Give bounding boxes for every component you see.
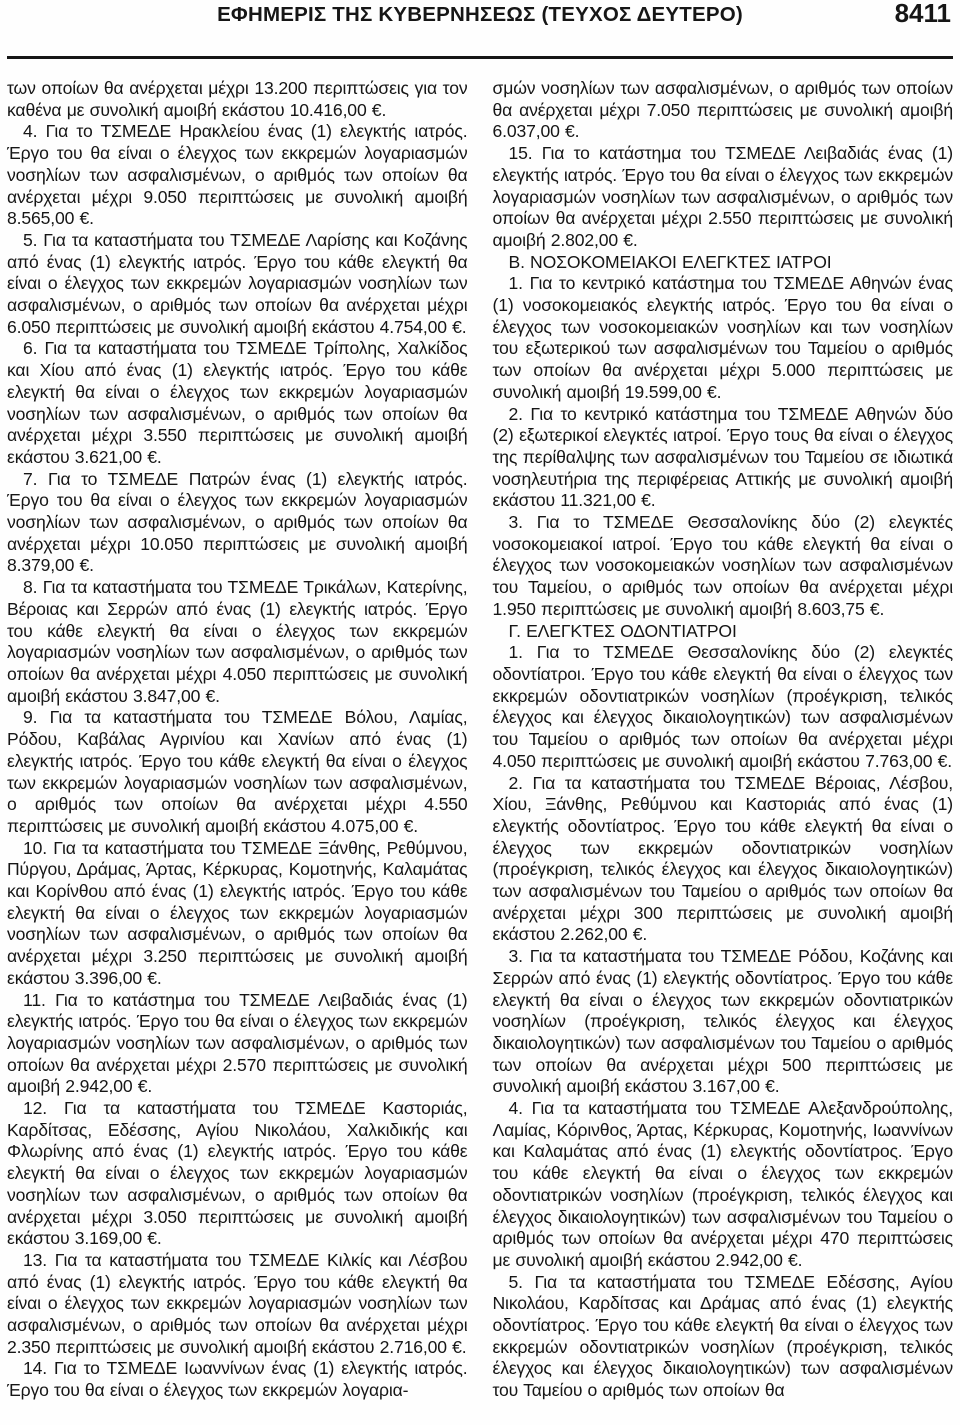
section-heading: Β. ΝΟΣΟΚΟΜΕΙΑΚΟΙ ΕΛΕΓΚΤΕΣ ΙΑΤΡΟΙ <box>493 252 954 274</box>
paragraph: 2. Για το κεντρικό κατάστημα του ΤΣΜΕΔΕ … <box>493 404 954 513</box>
paragraph: 6. Για τα καταστήματα του ΤΣΜΕΔΕ Τρίπολη… <box>7 338 468 468</box>
paragraph: 4. Για τα καταστήματα του ΤΣΜΕΔΕ Αλεξανδ… <box>493 1098 954 1272</box>
paragraph: 1. Για το ΤΣΜΕΔΕ Θεσσαλονίκης δύο (2) ελ… <box>493 642 954 772</box>
paragraph: 10. Για τα καταστήματα του ΤΣΜΕΔΕ Ξάνθης… <box>7 838 468 990</box>
paragraph: 7. Για το ΤΣΜΕΔΕ Πατρών ένας (1) ελεγκτή… <box>7 469 468 578</box>
page-header: ΕΦΗΜΕΡΙΣ ΤΗΣ ΚΥΒΕΡΝΗΣΕΩΣ (ΤΕΥΧΟΣ ΔΕΥΤΕΡΟ… <box>7 0 953 29</box>
paragraph: 12. Για τα καταστήματα του ΤΣΜΕΔΕ Καστορ… <box>7 1098 468 1250</box>
paragraph: 4. Για το ΤΣΜΕΔΕ Ηρακλείου ένας (1) ελεγ… <box>7 121 468 230</box>
document-body: των οποίων θα ανέρχεται μέχρι 13.200 περ… <box>7 32 953 1402</box>
paragraph: 1. Για το κεντρικό κατάστημα του ΤΣΜΕΔΕ … <box>493 273 954 403</box>
paragraph: 14. Για το ΤΣΜΕΔΕ Ιωαννίνων ένας (1) ελε… <box>7 1358 468 1401</box>
paragraph: 2. Για τα καταστήματα του ΤΣΜΕΔΕ Βέροιας… <box>493 773 954 947</box>
paragraph: 9. Για τα καταστήματα του ΤΣΜΕΔΕ Βόλου, … <box>7 707 468 837</box>
paragraph: 11. Για το κατάστημα του ΤΣΜΕΔΕ Λειβαδιά… <box>7 990 468 1099</box>
section-heading: Γ. ΕΛΕΓΚΤΕΣ ΟΔΟΝΤΙΑΤΡΟΙ <box>493 621 954 643</box>
paragraph: 5. Για τα καταστήματα του ΤΣΜΕΔΕ Λαρίσης… <box>7 230 468 339</box>
left-column: των οποίων θα ανέρχεται μέχρι 13.200 περ… <box>7 78 468 1402</box>
paragraph: 8. Για τα καταστήματα του ΤΣΜΕΔΕ Τρικάλω… <box>7 577 468 707</box>
gazette-title: ΕΦΗΜΕΡΙΣ ΤΗΣ ΚΥΒΕΡΝΗΣΕΩΣ (ΤΕΥΧΟΣ ΔΕΥΤΕΡΟ… <box>7 3 953 27</box>
paragraph: 5. Για τα καταστήματα του ΤΣΜΕΔΕ Εδέσσης… <box>493 1272 954 1402</box>
gazette-page: ΕΦΗΜΕΡΙΣ ΤΗΣ ΚΥΒΕΡΝΗΣΕΩΣ (ΤΕΥΧΟΣ ΔΕΥΤΕΡΟ… <box>0 0 960 1425</box>
right-column: σμών νοσηλίων των ασφαλισμένων, ο αριθμό… <box>493 78 954 1402</box>
paragraph: σμών νοσηλίων των ασφαλισμένων, ο αριθμό… <box>493 78 954 143</box>
paragraph: 3. Για τα καταστήματα του ΤΣΜΕΔΕ Ρόδου, … <box>493 946 954 1098</box>
paragraph: 15. Για το κατάστημα του ΤΣΜΕΔΕ Λειβαδιά… <box>493 143 954 252</box>
page-number: 8411 <box>895 0 951 26</box>
paragraph: των οποίων θα ανέρχεται μέχρι 13.200 περ… <box>7 78 468 121</box>
paragraph: 3. Για το ΤΣΜΕΔΕ Θεσσαλονίκης δύο (2) ελ… <box>493 512 954 621</box>
paragraph: 13. Για τα καταστήματα του ΤΣΜΕΔΕ Κιλκίς… <box>7 1250 468 1359</box>
header-rule <box>7 56 953 59</box>
